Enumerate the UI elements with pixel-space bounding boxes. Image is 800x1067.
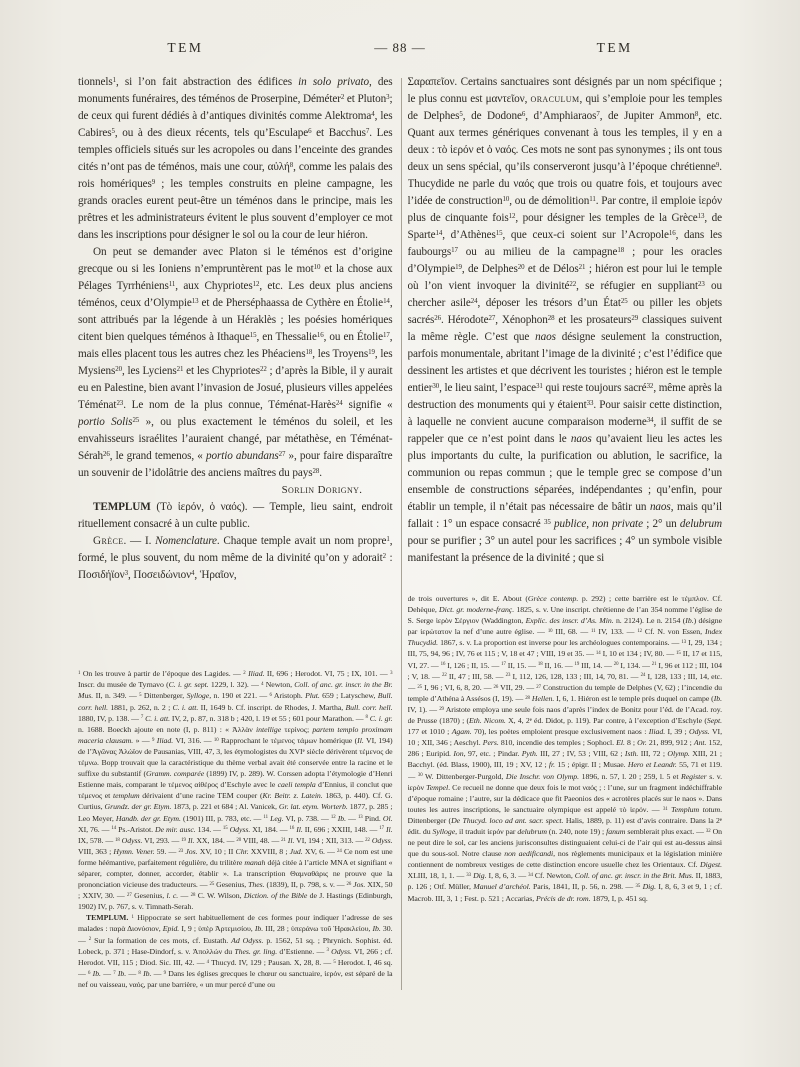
- scanned-dictionary-page: TEM — 88 — TEM tionnels1, si l’on fait a…: [0, 0, 800, 1067]
- body-paragraph-temenos-continuation: tionnels1, si l’on fait abstraction des …: [78, 74, 393, 244]
- author-signature: Sorlin Dorigny.: [78, 482, 393, 499]
- footnote-block-templum: TEMPLUM. 1 Hippocrate se sert habituelle…: [78, 912, 393, 990]
- entry-heading-templum: TEMPLUM (Τὸ ἱερόν, ὁ ναός). — Temple, li…: [78, 499, 393, 533]
- body-paragraph-grece-nomenclature: Grèce. — I. Nomenclature. Chaque temple …: [78, 533, 393, 584]
- body-paragraph-nomenclature-continuation: Σαραπεῖον. Certains sanctuaires sont dés…: [408, 74, 723, 567]
- footnote-block-continuation: de trois ouvertures », dit E. About (Grè…: [408, 593, 723, 904]
- page-number: — 88 —: [374, 40, 426, 55]
- right-footnotes: de trois ouvertures », dit E. About (Grè…: [408, 593, 723, 904]
- left-column: tionnels1, si l’on fait abstraction des …: [78, 74, 393, 990]
- left-column-body: tionnels1, si l’on fait abstraction des …: [78, 74, 393, 584]
- left-footnotes: 1 On les trouve à partir de l’époque des…: [78, 668, 393, 990]
- running-head-left: TEM: [167, 40, 203, 55]
- right-column-body: Σαραπεῖον. Certains sanctuaires sont dés…: [408, 74, 723, 567]
- text-columns: tionnels1, si l’on fait abstraction des …: [78, 74, 722, 990]
- right-column: Σαραπεῖον. Certains sanctuaires sont dés…: [408, 74, 723, 990]
- body-paragraph-platon: On peut se demander avec Platon si le té…: [78, 244, 393, 482]
- running-head-right: TEM: [597, 40, 633, 55]
- running-head: TEM — 88 — TEM: [78, 40, 722, 56]
- footnote-block-previous-article: 1 On les trouve à partir de l’époque des…: [78, 668, 393, 912]
